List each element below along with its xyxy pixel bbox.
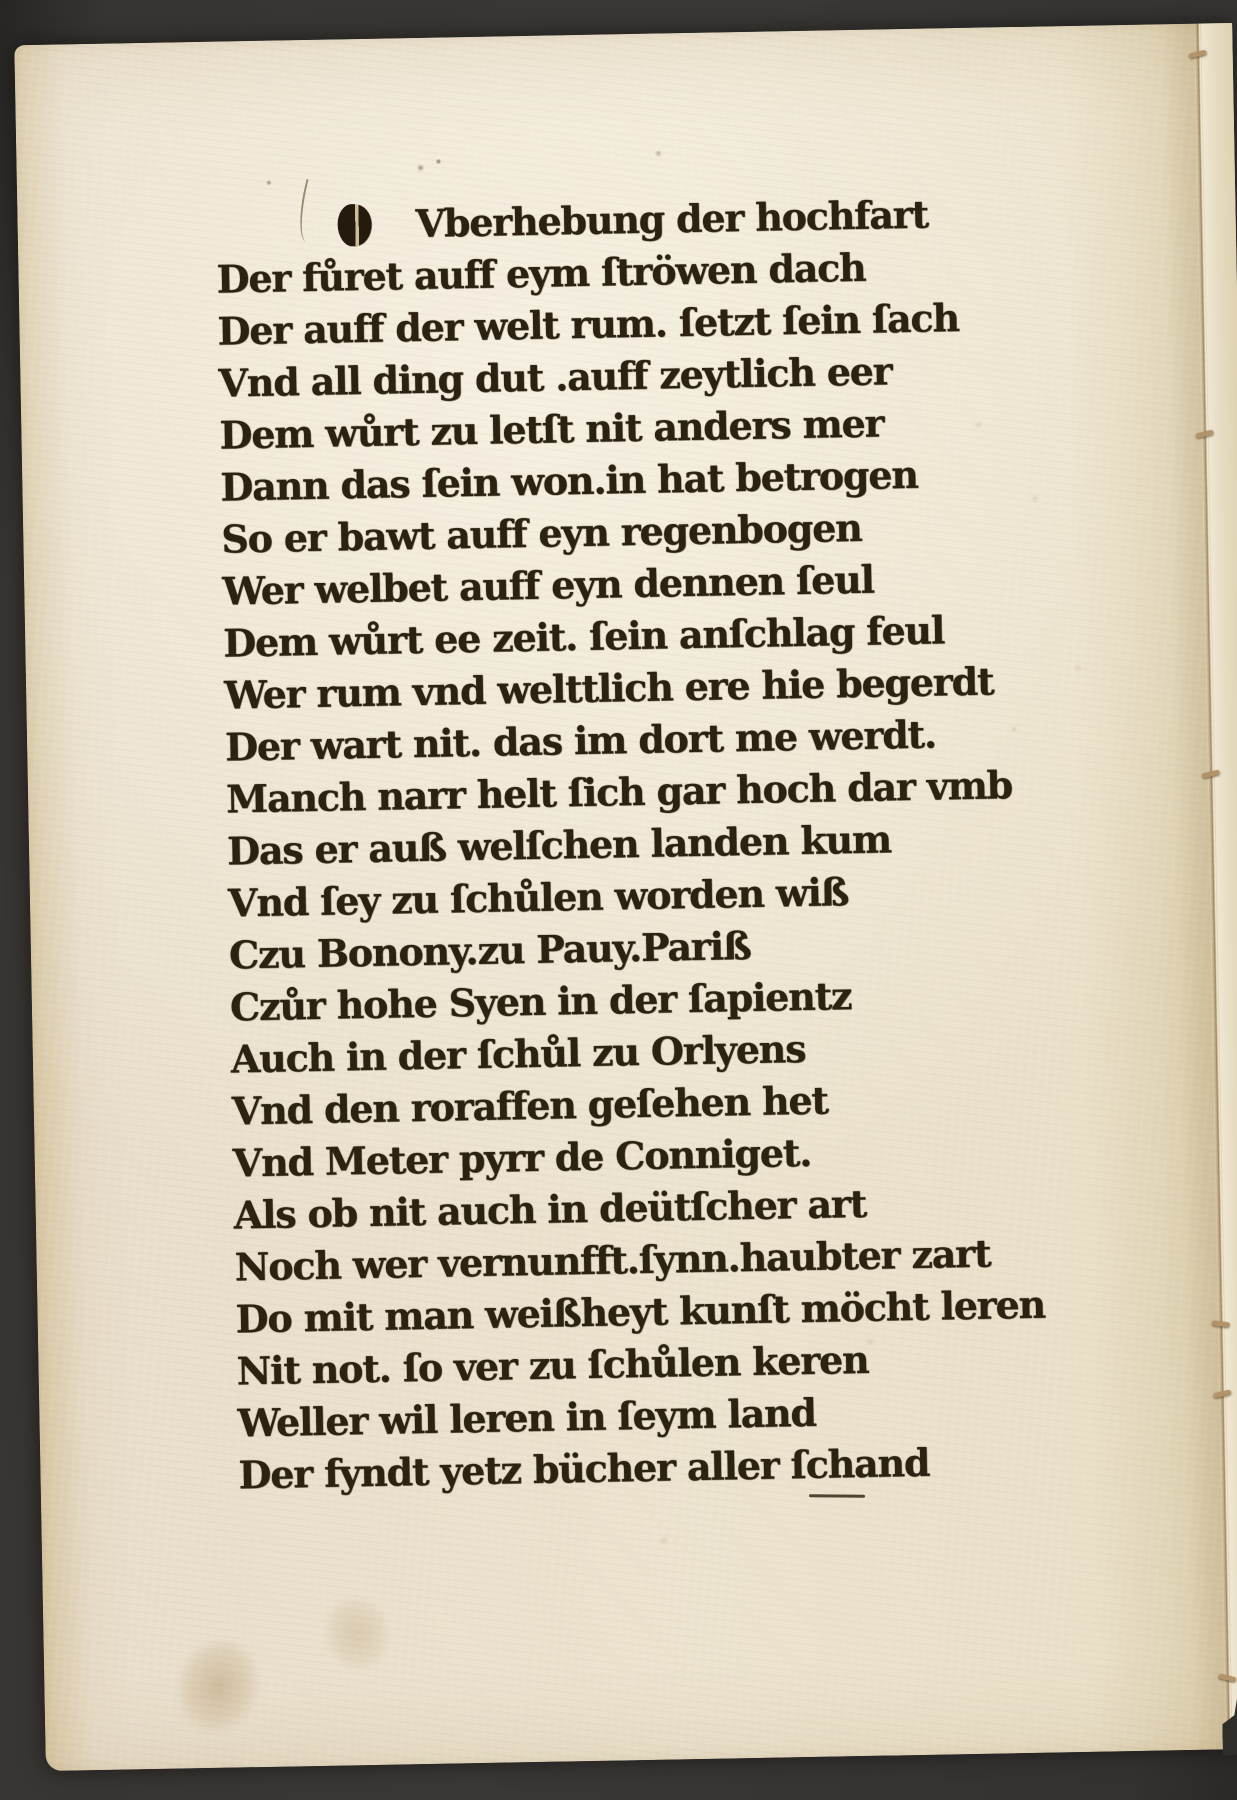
- binding-stitch: [1212, 1320, 1230, 1327]
- pilcrow-icon: [337, 204, 372, 247]
- book-page: Vberhebung der hochfart Der fůret auff e…: [14, 23, 1237, 1771]
- binding-gutter: [1194, 23, 1237, 1749]
- chapter-heading: Vberhebung der hochfart: [415, 192, 928, 246]
- scanned-book-photo: Vberhebung der hochfart Der fůret auff e…: [0, 0, 1237, 1800]
- adjacent-leaf-edge: [1201, 23, 1237, 1749]
- underline-ink-mark: [809, 1494, 865, 1498]
- ink-specks: [14, 45, 18, 49]
- verse-text-block: Vberhebung der hochfart Der fůret auff e…: [215, 186, 1119, 1502]
